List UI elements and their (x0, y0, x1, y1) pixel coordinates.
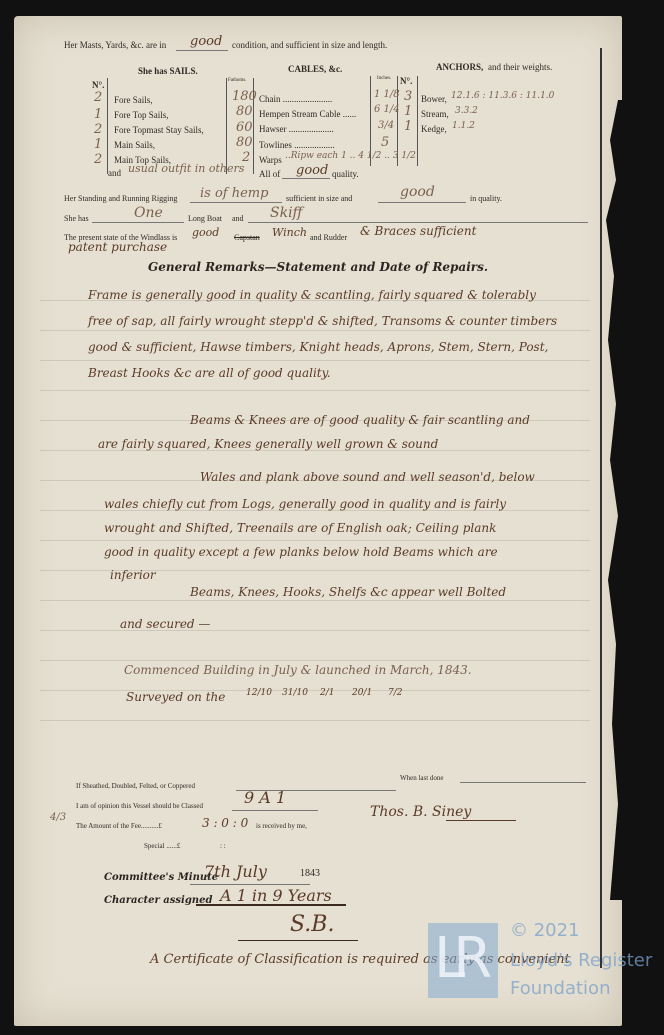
special-value: : : (220, 842, 226, 850)
boats-value1: One (134, 205, 163, 221)
remarks-line: Frame is generally good in quality & sca… (88, 288, 536, 302)
sails-label-0: Fore Sails, (114, 95, 153, 105)
initials: S.B. (290, 912, 334, 937)
sails-and-value: usual outfit in others (128, 162, 244, 175)
ruled-line (40, 360, 590, 361)
cables-inches-0: 1 1/8 (374, 89, 400, 100)
remarks-line: good & sufficient, Hawse timbers, Knight… (88, 340, 548, 354)
all-of-value: good (296, 163, 328, 178)
anchors-heading-suffix: and their weights. (488, 62, 552, 72)
rudder-label: and Rudder (310, 233, 347, 242)
masts-value: good (190, 34, 222, 49)
remarks-heading: General Remarks—Statement and Date of Re… (148, 260, 488, 274)
remarks-line: good in quality except a few planks belo… (104, 545, 498, 559)
sails-label-3: Main Sails, (114, 140, 155, 150)
cables-inches-3: 5 (381, 135, 389, 150)
masts-label: Her Masts, Yards, &c. are in (64, 40, 166, 50)
initials-flourish (238, 940, 358, 941)
sails-no-3: 1 (94, 137, 102, 152)
rigging-value2: good (400, 184, 435, 200)
ruled-line (40, 390, 590, 391)
rigging-suffix: in quality. (470, 194, 502, 203)
remarks-line: wrought and Shifted, Treenails are of En… (104, 521, 496, 535)
sails-no-4: 2 (94, 152, 102, 167)
ruled-line (40, 690, 590, 691)
sails-col-line (107, 78, 108, 174)
when-last-done-label: When last done (400, 774, 444, 782)
ruled-line (40, 660, 590, 661)
cables-heading: CABLES, &c. (288, 64, 342, 74)
anchors-heading: ANCHORS, (436, 62, 483, 72)
survey-date: 20/1 (352, 688, 372, 698)
right-border-line (600, 48, 602, 968)
ruled-line (40, 540, 590, 541)
boats-longboat: Long Boat (188, 214, 222, 223)
ruled-line (40, 600, 590, 601)
cables-fathoms-3: 80 (236, 135, 253, 150)
remarks-line: Wales and plank above sound and well sea… (200, 470, 535, 484)
survey-date: 12/10 (246, 688, 272, 698)
sails-no-1: 1 (94, 107, 102, 122)
anchors-weights-2: 1.1.2 (452, 121, 475, 131)
all-of-underline (282, 178, 330, 179)
anchors-no-header: N°. (400, 76, 412, 86)
sails-heading: She has SAILS. (138, 66, 198, 76)
sails-no-2: 2 (94, 122, 102, 137)
boats-underline-1 (92, 222, 184, 223)
watermark-org-line1: Lloyd's Register (510, 950, 652, 971)
remarks-line: Commenced Building in July & launched in… (124, 663, 472, 677)
remarks-line: Beams, Knees, Hooks, Shelfs &c appear we… (190, 585, 506, 599)
boats-underline-2 (248, 222, 588, 223)
remarks-line: free of sap, all fairly wrought stepp'd … (88, 314, 557, 328)
fathoms-col-line-left (226, 78, 227, 174)
surveyed-label: Surveyed on the (126, 690, 225, 704)
rigging-mid: sufficient in size and (286, 194, 352, 203)
fee-label: The Amount of the Fee..........£ (76, 822, 162, 830)
when-last-done-underline (460, 782, 586, 783)
rigging-value1: is of hemp (200, 186, 268, 201)
committee-value: 7th July (204, 862, 267, 881)
anchors-label-1: Stream, (421, 109, 449, 119)
cables-label-1: Hempen Stream Cable ...... (259, 109, 356, 119)
signature-flourish (446, 820, 516, 821)
ruled-line (40, 330, 590, 331)
capstan-label: Capstan (234, 233, 260, 242)
fee-suffix: is received by me, (256, 822, 307, 830)
committee-underline (190, 884, 310, 885)
boats-label: She has (64, 214, 89, 223)
anchors-label-0: Bower, (421, 94, 447, 104)
all-of-label: All of (259, 169, 280, 179)
cables-fathoms-0: 180 (232, 89, 257, 104)
fee-value: 3 : 0 : 0 (202, 816, 248, 830)
remarks-line: Beams & Knees are of good quality & fair… (190, 413, 530, 427)
anchors-label-2: Kedge, (421, 124, 447, 134)
rudder-value: & Braces sufficient (360, 224, 476, 238)
sails-label-1: Fore Top Sails, (114, 110, 168, 120)
rigging-underline-1 (190, 202, 282, 203)
cables-label-4: Warps (259, 155, 282, 165)
sheathed-label: If Sheathed, Doubled, Felted, or Coppere… (76, 782, 195, 790)
anchors-no-0: 3 (404, 89, 412, 104)
remarks-line: and secured — (120, 617, 210, 631)
rigging-label: Her Standing and Running Rigging (64, 194, 177, 203)
classed-label: I am of opinion this Vessel should be Cl… (76, 802, 203, 810)
windlass-value: good (192, 226, 219, 239)
sails-label-2: Fore Topmast Stay Sails, (114, 125, 204, 135)
sails-no-header: N°. (92, 80, 104, 90)
remarks-line: wales chiefly cut from Logs, generally g… (104, 497, 506, 511)
anchors-weights-0: 12.1.6 : 11.3.6 : 11.1.0 (451, 91, 554, 101)
cables-label-2: Hawser .................... (259, 124, 334, 134)
masts-suffix: condition, and sufficient in size and le… (232, 40, 387, 50)
rigging-underline-2 (378, 202, 466, 203)
cables-label-0: Chain ...................... (259, 94, 332, 104)
watermark-copyright: © 2021 (510, 920, 580, 941)
windlass-continuation: patent purchase (68, 240, 167, 254)
cables-inches-1: 6 1/4 (374, 104, 400, 115)
anchors-no-1: 1 (404, 104, 412, 119)
character-underline (196, 904, 346, 906)
committee-label: Committee's Minute (104, 872, 218, 883)
fathoms-header: Fathoms. (228, 78, 246, 83)
character-value: A 1 in 9 Years (220, 886, 332, 905)
committee-year: 1843 (300, 868, 320, 879)
boats-and: and (232, 214, 244, 223)
certificate-note: A Certificate of Classification is requi… (150, 952, 570, 967)
cables-fathoms-1: 80 (236, 104, 253, 119)
lr-logo-letters: LR (434, 926, 480, 991)
cables-inches-2: 3/4 (378, 120, 394, 131)
surveyor-signature: Thos. B. Siney (370, 804, 471, 820)
survey-date: 31/10 (282, 688, 308, 698)
remarks-line: Breast Hooks &c are all of good quality. (88, 366, 331, 380)
remarks-line: are fairly squared, Knees generally well… (98, 437, 438, 451)
anchors-no-line-right (417, 76, 418, 166)
cables-fathoms-2: 60 (236, 120, 253, 135)
cables-warps-value: ..Ripw each 1 .. 4 1/2 .. 3 1/2 (285, 151, 416, 161)
classed-value: 9 A 1 (244, 788, 286, 807)
inches-header: Inches. (377, 76, 391, 81)
sails-no-0: 2 (94, 90, 102, 105)
margin-note: 4/3 (50, 812, 66, 823)
special-label: Special ......£ (144, 842, 180, 850)
classed-underline (232, 810, 318, 811)
survey-date: 7/2 (388, 688, 402, 698)
anchors-no-2: 1 (404, 119, 412, 134)
watermark-org-line2: Foundation (510, 978, 610, 999)
masts-underline (176, 50, 228, 51)
quality-label: quality. (332, 169, 359, 179)
boats-value2: Skiff (270, 205, 302, 221)
survey-date: 2/1 (320, 688, 334, 698)
anchors-weights-1: 3.3.2 (455, 106, 478, 116)
capstan-value: Winch (272, 226, 307, 239)
remarks-line: inferior (110, 568, 156, 582)
cables-label-3: Towlines .................. (259, 140, 335, 150)
cables-fathoms-4: 2 (242, 150, 250, 165)
ruled-line (40, 720, 590, 721)
sails-and-label: and (108, 168, 121, 178)
